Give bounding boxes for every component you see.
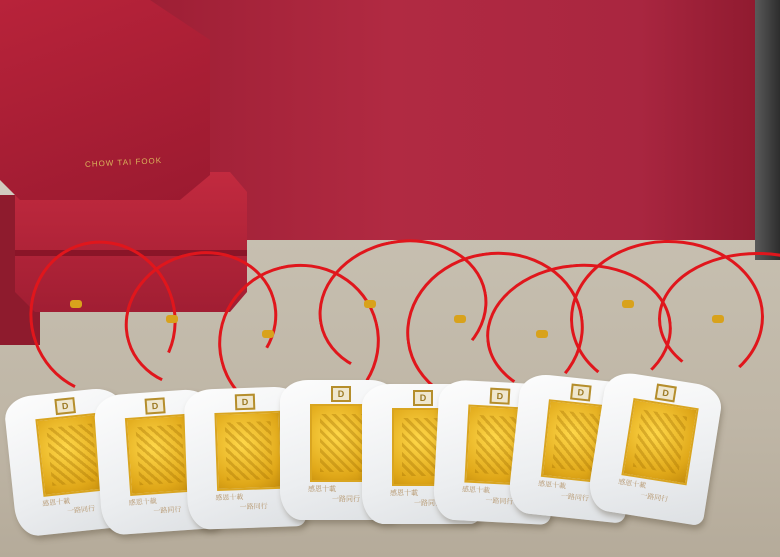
gold-plaque bbox=[621, 398, 698, 485]
gift-box-lid bbox=[0, 0, 210, 200]
gold-bead bbox=[364, 300, 376, 308]
inscription-line-2: 一路同行 bbox=[640, 490, 669, 504]
brand-logo-icon: D bbox=[145, 397, 166, 414]
gold-bead bbox=[166, 315, 178, 323]
inscription-line-2: 一路同行 bbox=[153, 504, 182, 516]
brand-logo-icon: D bbox=[413, 390, 433, 406]
gold-bead bbox=[70, 300, 82, 308]
brand-logo-icon: D bbox=[655, 384, 677, 403]
brand-logo-icon: D bbox=[54, 397, 76, 415]
inscription-line-1: 感恩十載 bbox=[308, 484, 336, 494]
pendant: D感恩十載一路同行 bbox=[586, 370, 724, 527]
photo-scene: CHOW TAI FOOK D感恩十載一路同行D感恩十載一路同行D感恩十載一路同… bbox=[0, 0, 780, 557]
inscription-line-2: 一路同行 bbox=[67, 504, 96, 517]
inscription-line-2: 一路同行 bbox=[240, 501, 268, 512]
inscription-line-1: 感恩十載 bbox=[617, 477, 646, 491]
brand-logo-icon: D bbox=[570, 384, 592, 402]
gold-bead bbox=[536, 330, 548, 338]
gold-bead bbox=[262, 330, 274, 338]
gold-plaque bbox=[214, 411, 283, 491]
inscription-line-2: 一路同行 bbox=[485, 496, 513, 507]
inscription-line-2: 一路同行 bbox=[560, 491, 589, 504]
inscription-line-1: 感恩十載 bbox=[390, 488, 418, 498]
inscription-line-2: 一路同行 bbox=[332, 494, 360, 504]
inscription-line-1: 感恩十載 bbox=[462, 484, 490, 495]
brand-logo-icon: D bbox=[490, 388, 511, 405]
gold-bead bbox=[454, 315, 466, 323]
dark-object bbox=[755, 0, 780, 260]
inscription-line-1: 感恩十載 bbox=[538, 479, 567, 492]
brand-logo-icon: D bbox=[331, 386, 351, 402]
gold-bead bbox=[712, 315, 724, 323]
gold-bead bbox=[622, 300, 634, 308]
brand-logo-icon: D bbox=[235, 394, 256, 411]
